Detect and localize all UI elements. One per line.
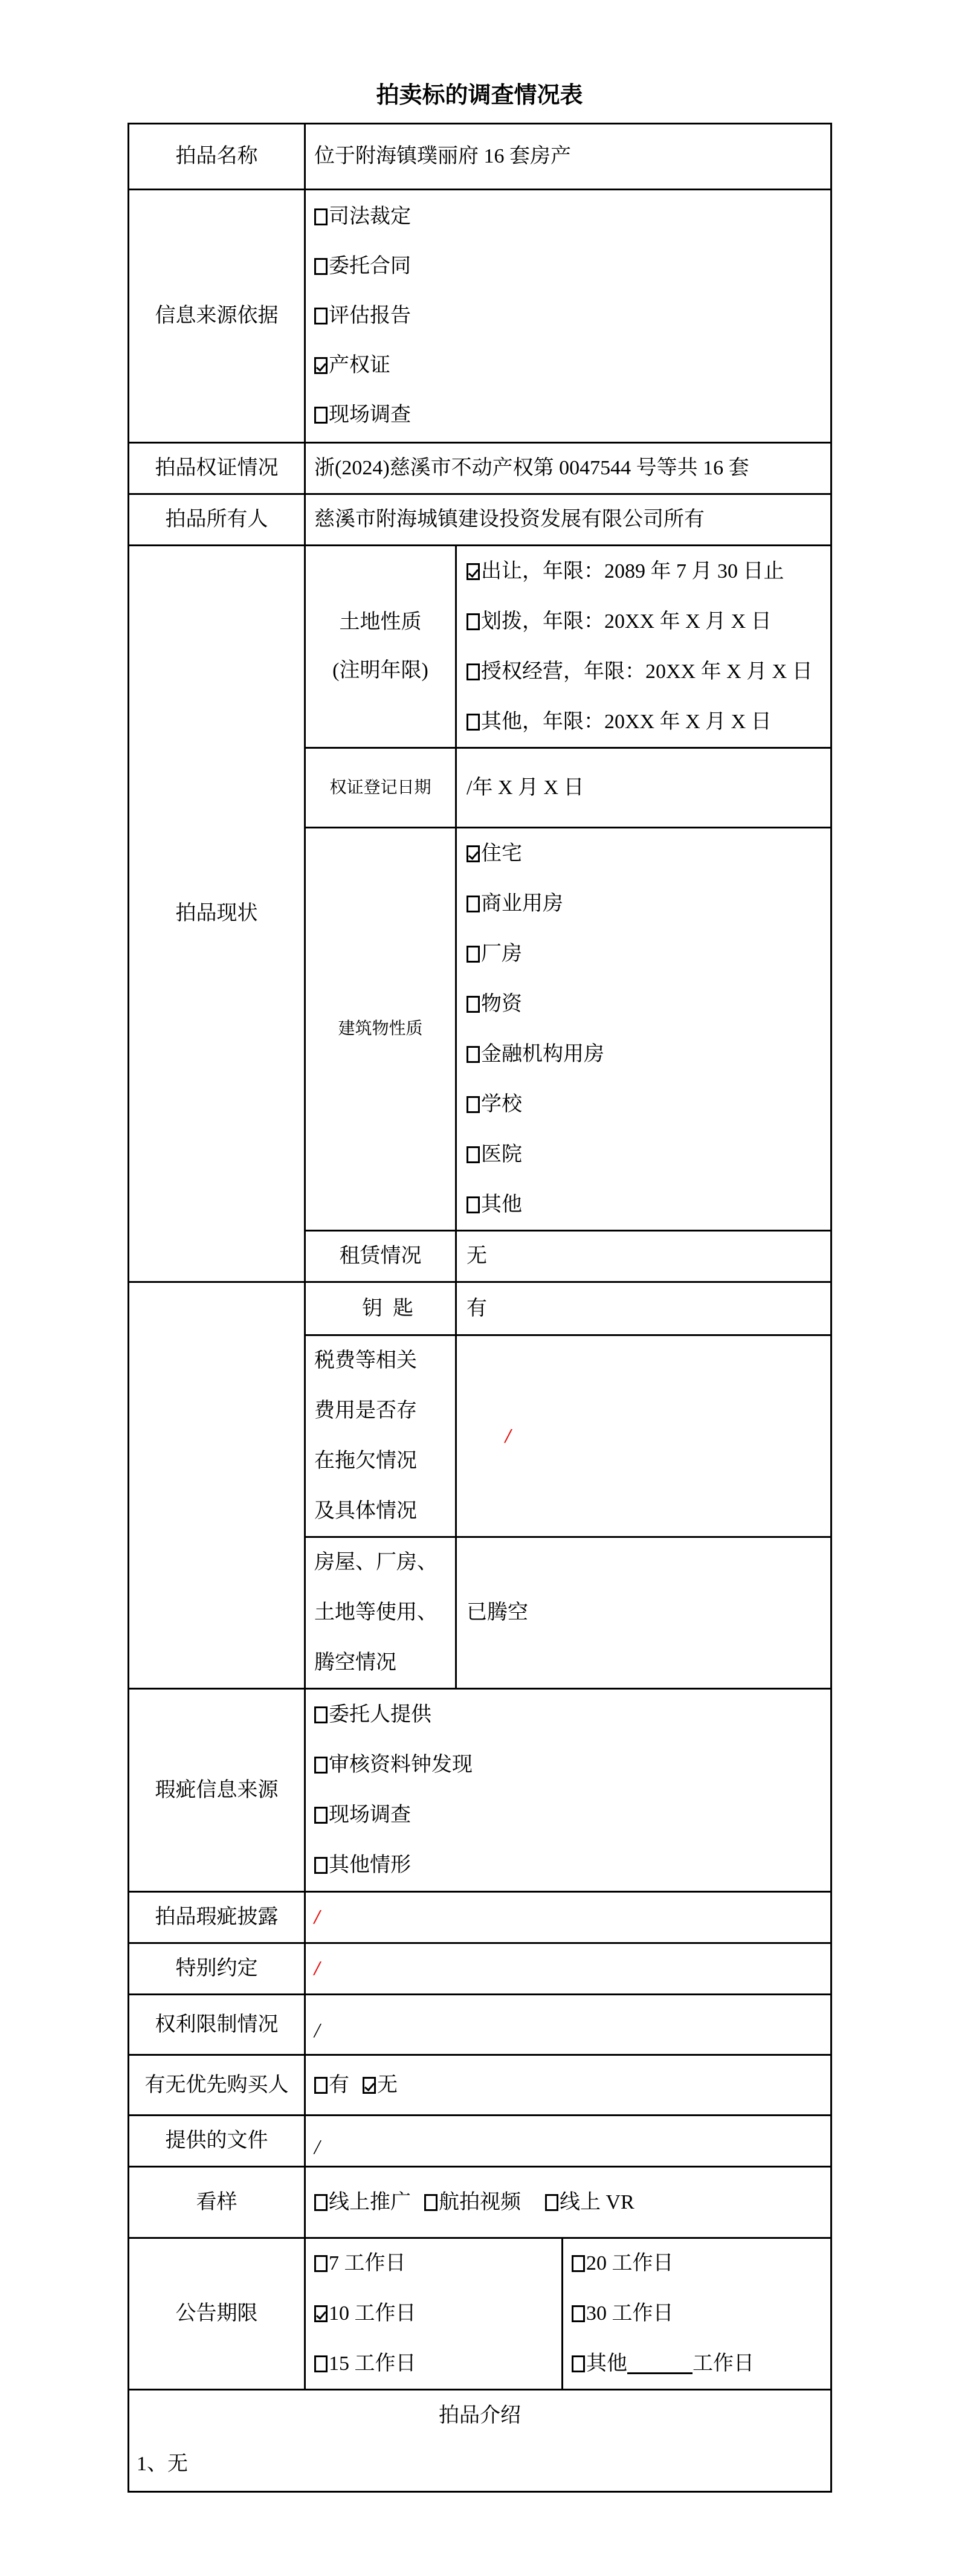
- checkbox-icon[interactable]: [424, 2194, 438, 2211]
- option-label: 其他情形: [329, 1853, 411, 1877]
- option-hospital[interactable]: 医院: [467, 1143, 604, 1167]
- viewing-options: 线上推广 航拍视频 线上 VR: [304, 2166, 832, 2237]
- label-preemptive-buyer: 有无优先购买人: [128, 2054, 304, 2114]
- option-land-authorized[interactable]: 授权经营，年限：20XX 年 X 月 X 日: [467, 660, 813, 684]
- option-label: 20 工作日: [586, 2252, 674, 2276]
- checkbox-checked-icon[interactable]: [467, 563, 480, 580]
- option-site-survey[interactable]: 现场调查: [314, 403, 411, 427]
- checkbox-icon[interactable]: [314, 2194, 328, 2211]
- value-owner: 慈溪市附海城镇建设投资发展有限公司所有: [304, 493, 832, 544]
- option-judicial-ruling[interactable]: 司法裁定: [314, 205, 411, 229]
- label-land-nature: 土地性质 (注明年限): [304, 544, 455, 747]
- option-online-promo[interactable]: 线上推广: [314, 2190, 411, 2215]
- option-label: 现场调查: [329, 1803, 411, 1827]
- option-label: 厂房: [481, 942, 522, 966]
- label-viewing: 看样: [128, 2166, 304, 2237]
- land-nature-options: 出让，年限：2089 年 7 月 30 日止 划拨，年限：20XX 年 X 月 …: [455, 544, 832, 747]
- option-label: 线上推广: [329, 2190, 411, 2215]
- label-info-source: 信息来源依据: [128, 189, 304, 442]
- label-item-name: 拍品名称: [128, 123, 304, 189]
- label-text: 公告期限: [176, 2302, 258, 2326]
- value-certificate: 浙(2024)慈溪市不动产权第 0047544 号等共 16 套: [304, 442, 832, 493]
- option-label: 其他: [481, 1193, 522, 1217]
- checkbox-icon[interactable]: [545, 2194, 558, 2211]
- option-entrustor-provided[interactable]: 委托人提供: [314, 1703, 473, 1727]
- label-text: 提供的文件: [166, 2129, 268, 2153]
- label-text: 拍品现状: [176, 902, 258, 926]
- value-text: 有: [467, 1297, 487, 1321]
- label-line: 及具体情况: [314, 1499, 417, 1523]
- option-label: 30 工作日: [586, 2302, 674, 2326]
- intro-list-item: 1、无: [137, 2452, 188, 2476]
- value-text: /: [314, 1905, 320, 1929]
- value-text: 浙(2024)慈溪市不动产权第 0047544 号等共 16 套: [314, 456, 749, 480]
- label-text: 建筑物性质: [338, 1017, 422, 1041]
- option-label: 审核资料钟发现: [329, 1753, 473, 1777]
- label-special-agreement: 特别约定: [128, 1942, 304, 1993]
- label-line: 腾空情况: [314, 1651, 438, 1675]
- label-text: 土地性质: [340, 610, 422, 634]
- option-land-transfer[interactable]: 出让，年限：2089 年 7 月 30 日止: [467, 560, 813, 584]
- checkbox-icon[interactable]: [314, 1757, 328, 1774]
- option-site-survey[interactable]: 现场调查: [314, 1803, 473, 1827]
- defect-source-options: 委托人提供 审核资料钟发现 现场调查 其他情形: [304, 1688, 832, 1891]
- option-materials[interactable]: 物资: [467, 992, 604, 1016]
- label-line: 费用是否存: [314, 1399, 417, 1423]
- value-lease: 无: [455, 1230, 832, 1281]
- label-reg-date: 权证登记日期: [304, 747, 455, 827]
- label-line: 在拖欠情况: [314, 1449, 417, 1473]
- option-label: 产权证: [329, 353, 390, 378]
- value-text: 已腾空: [467, 1601, 528, 1625]
- value-tax: /: [455, 1334, 832, 1536]
- building-nature-options: 住宅 商业用房 厂房 物资 金融机构用房 学校 医院 其他: [455, 827, 832, 1230]
- value-text: /: [314, 1957, 320, 1981]
- label-usage: 房屋、厂房、 土地等使用、 腾空情况: [304, 1536, 455, 1688]
- option-20-days[interactable]: 20 工作日: [572, 2252, 754, 2276]
- option-label: 有: [329, 2073, 349, 2097]
- preemptive-buyer-options: 有 无: [304, 2054, 832, 2114]
- value-usage: 已腾空: [455, 1536, 832, 1688]
- option-online-vr[interactable]: 线上 VR: [545, 2190, 634, 2215]
- label-tax: 税费等相关 费用是否存 在拖欠情况 及具体情况: [304, 1334, 455, 1536]
- checkbox-icon[interactable]: [314, 2255, 328, 2272]
- label-rights-restriction: 权利限制情况: [128, 1993, 304, 2054]
- option-financial[interactable]: 金融机构用房: [467, 1042, 604, 1067]
- value-text: /年 X 月 X 日: [467, 776, 584, 800]
- page-title: 拍卖标的调查情况表: [0, 81, 959, 110]
- checkbox-icon[interactable]: [314, 407, 328, 424]
- label-text: 租赁情况: [340, 1244, 422, 1268]
- option-other-situation[interactable]: 其他情形: [314, 1853, 473, 1877]
- checkbox-icon[interactable]: [467, 714, 480, 731]
- checkbox-icon[interactable]: [467, 663, 480, 680]
- option-label: 7 工作日: [329, 2252, 406, 2276]
- checkbox-icon[interactable]: [467, 613, 480, 630]
- option-label-suffix: 工作日: [693, 2352, 754, 2376]
- label-text: 信息来源依据: [155, 304, 279, 328]
- value-text: /: [505, 1424, 511, 1448]
- option-other-days[interactable]: 其他 工作日: [572, 2352, 754, 2376]
- option-has-buyer[interactable]: 有: [314, 2073, 349, 2097]
- value-item-name: 位于附海镇璞丽府 16 套房产: [304, 123, 832, 189]
- checkbox-icon[interactable]: [572, 2255, 585, 2272]
- label-text: 特别约定: [176, 1957, 258, 1981]
- label-owner: 拍品所有人: [128, 493, 304, 544]
- option-label: 委托合同: [329, 254, 411, 279]
- label-text: 钥 匙: [347, 1297, 413, 1321]
- intro-section: 拍品介绍: [128, 2389, 832, 2493]
- option-label: 医院: [481, 1143, 522, 1167]
- label-text: 拍品权证情况: [155, 456, 279, 480]
- label-text: 权证登记日期: [329, 776, 431, 800]
- option-no-buyer[interactable]: 无: [363, 2073, 398, 2097]
- value-defect-disclosure: /: [304, 1891, 832, 1942]
- option-label: 委托人提供: [329, 1703, 431, 1727]
- label-text: 看样: [196, 2190, 237, 2215]
- option-factory[interactable]: 厂房: [467, 942, 604, 966]
- value-key: 有: [455, 1281, 832, 1334]
- option-label-prefix: 其他: [586, 2352, 627, 2376]
- label-subtext: (注明年限): [332, 659, 428, 683]
- checkbox-icon[interactable]: [467, 896, 480, 912]
- label-text: 权利限制情况: [155, 2013, 279, 2037]
- value-text: 位于附海镇璞丽府 16 套房产: [314, 144, 571, 169]
- label-line: 土地等使用、: [314, 1601, 438, 1625]
- checkbox-icon[interactable]: [467, 1046, 480, 1063]
- option-land-other[interactable]: 其他，年限：20XX 年 X 月 X 日: [467, 710, 813, 734]
- option-label: 线上 VR: [560, 2190, 634, 2215]
- checkbox-icon[interactable]: [467, 1096, 480, 1113]
- label-text: 拍品瑕疵披露: [155, 1905, 279, 1929]
- checkbox-icon[interactable]: [314, 2355, 328, 2372]
- option-10-days[interactable]: 10 工作日: [314, 2302, 416, 2326]
- checkbox-checked-icon[interactable]: [363, 2077, 376, 2094]
- label-building-nature: 建筑物性质: [304, 827, 455, 1230]
- value-text: /: [314, 2135, 320, 2160]
- checkbox-icon[interactable]: [314, 258, 328, 275]
- checkbox-icon[interactable]: [314, 1807, 328, 1824]
- other-days-blank-field[interactable]: [627, 2354, 693, 2374]
- label-text: 瑕疵信息来源: [155, 1778, 279, 1803]
- label-line: 税费等相关: [314, 1349, 417, 1373]
- option-school[interactable]: 学校: [467, 1093, 604, 1117]
- checkbox-icon[interactable]: [467, 1146, 480, 1163]
- option-30-days[interactable]: 30 工作日: [572, 2302, 754, 2326]
- label-key: 钥 匙: [304, 1281, 455, 1334]
- label-text: 拍品所有人: [166, 508, 268, 532]
- value-text: 无: [467, 1244, 487, 1268]
- option-label: 司法裁定: [329, 205, 411, 229]
- value-text: 慈溪市附海城镇建设投资发展有限公司所有: [314, 508, 705, 532]
- option-15-days[interactable]: 15 工作日: [314, 2352, 416, 2376]
- value-documents: /: [304, 2114, 832, 2166]
- option-label: 出让，年限：2089 年 7 月 30 日止: [481, 560, 784, 584]
- label-status: 拍品现状: [128, 544, 304, 1281]
- checkbox-icon[interactable]: [314, 2077, 328, 2094]
- label-line: 房屋、厂房、: [314, 1551, 438, 1575]
- option-aerial-video[interactable]: 航拍视频: [424, 2190, 521, 2215]
- label-text: 拍品名称: [176, 144, 258, 169]
- option-label: 现场调查: [329, 403, 411, 427]
- label-documents: 提供的文件: [128, 2114, 304, 2166]
- info-source-options: 司法裁定 委托合同 评估报告 产权证 现场调查: [304, 189, 832, 442]
- option-label: 金融机构用房: [481, 1042, 604, 1067]
- checkbox-icon[interactable]: [314, 1857, 328, 1874]
- intro-heading: 拍品介绍: [439, 2404, 521, 2428]
- option-label: 住宅: [481, 842, 522, 866]
- value-rights-restriction: /: [304, 1993, 832, 2054]
- option-entrust-contract[interactable]: 委托合同: [314, 254, 411, 279]
- option-7-days[interactable]: 7 工作日: [314, 2252, 416, 2276]
- notice-period-right-options: 20 工作日 30 工作日 其他 工作日: [561, 2237, 832, 2389]
- label-notice-period: 公告期限: [128, 2237, 304, 2389]
- checkbox-icon[interactable]: [572, 2305, 585, 2322]
- option-label: 无: [377, 2073, 398, 2097]
- checkbox-checked-icon[interactable]: [314, 357, 328, 374]
- option-residential[interactable]: 住宅: [467, 842, 604, 866]
- option-land-allocation[interactable]: 划拨，年限：20XX 年 X 月 X 日: [467, 610, 813, 634]
- option-building-other[interactable]: 其他: [467, 1193, 604, 1217]
- checkbox-icon[interactable]: [314, 1706, 328, 1723]
- label-defect-source: 瑕疵信息来源: [128, 1688, 304, 1891]
- value-reg-date: /年 X 月 X 日: [455, 747, 832, 827]
- option-label: 15 工作日: [329, 2352, 416, 2376]
- value-special-agreement: /: [304, 1942, 832, 1993]
- checkbox-checked-icon[interactable]: [314, 2305, 328, 2322]
- option-label: 商业用房: [481, 892, 563, 916]
- option-appraisal-report[interactable]: 评估报告: [314, 304, 411, 328]
- label-other-empty: [128, 1281, 304, 1688]
- option-document-review[interactable]: 审核资料钟发现: [314, 1753, 473, 1777]
- checkbox-icon[interactable]: [467, 1196, 480, 1213]
- label-defect-disclosure: 拍品瑕疵披露: [128, 1891, 304, 1942]
- notice-period-left-options: 7 工作日 10 工作日 15 工作日: [304, 2237, 561, 2389]
- option-label: 学校: [481, 1093, 522, 1117]
- checkbox-icon[interactable]: [314, 308, 328, 324]
- option-label: 10 工作日: [329, 2302, 416, 2326]
- option-label: 授权经营，年限：20XX 年 X 月 X 日: [481, 660, 813, 684]
- value-text: /: [314, 2019, 320, 2043]
- checkbox-icon[interactable]: [467, 946, 480, 963]
- checkbox-icon[interactable]: [572, 2355, 585, 2372]
- option-property-certificate[interactable]: 产权证: [314, 353, 411, 378]
- option-commercial[interactable]: 商业用房: [467, 892, 604, 916]
- option-label: 其他，年限：20XX 年 X 月 X 日: [481, 710, 772, 734]
- option-label: 航拍视频: [439, 2190, 521, 2215]
- option-label: 评估报告: [329, 304, 411, 328]
- checkbox-checked-icon[interactable]: [467, 845, 480, 862]
- label-text: 有无优先购买人: [145, 2073, 289, 2097]
- checkbox-icon[interactable]: [314, 208, 328, 225]
- option-label: 划拨，年限：20XX 年 X 月 X 日: [481, 610, 772, 634]
- option-label: 物资: [481, 992, 522, 1016]
- label-lease: 租赁情况: [304, 1230, 455, 1281]
- label-certificate: 拍品权证情况: [128, 442, 304, 493]
- checkbox-icon[interactable]: [467, 996, 480, 1013]
